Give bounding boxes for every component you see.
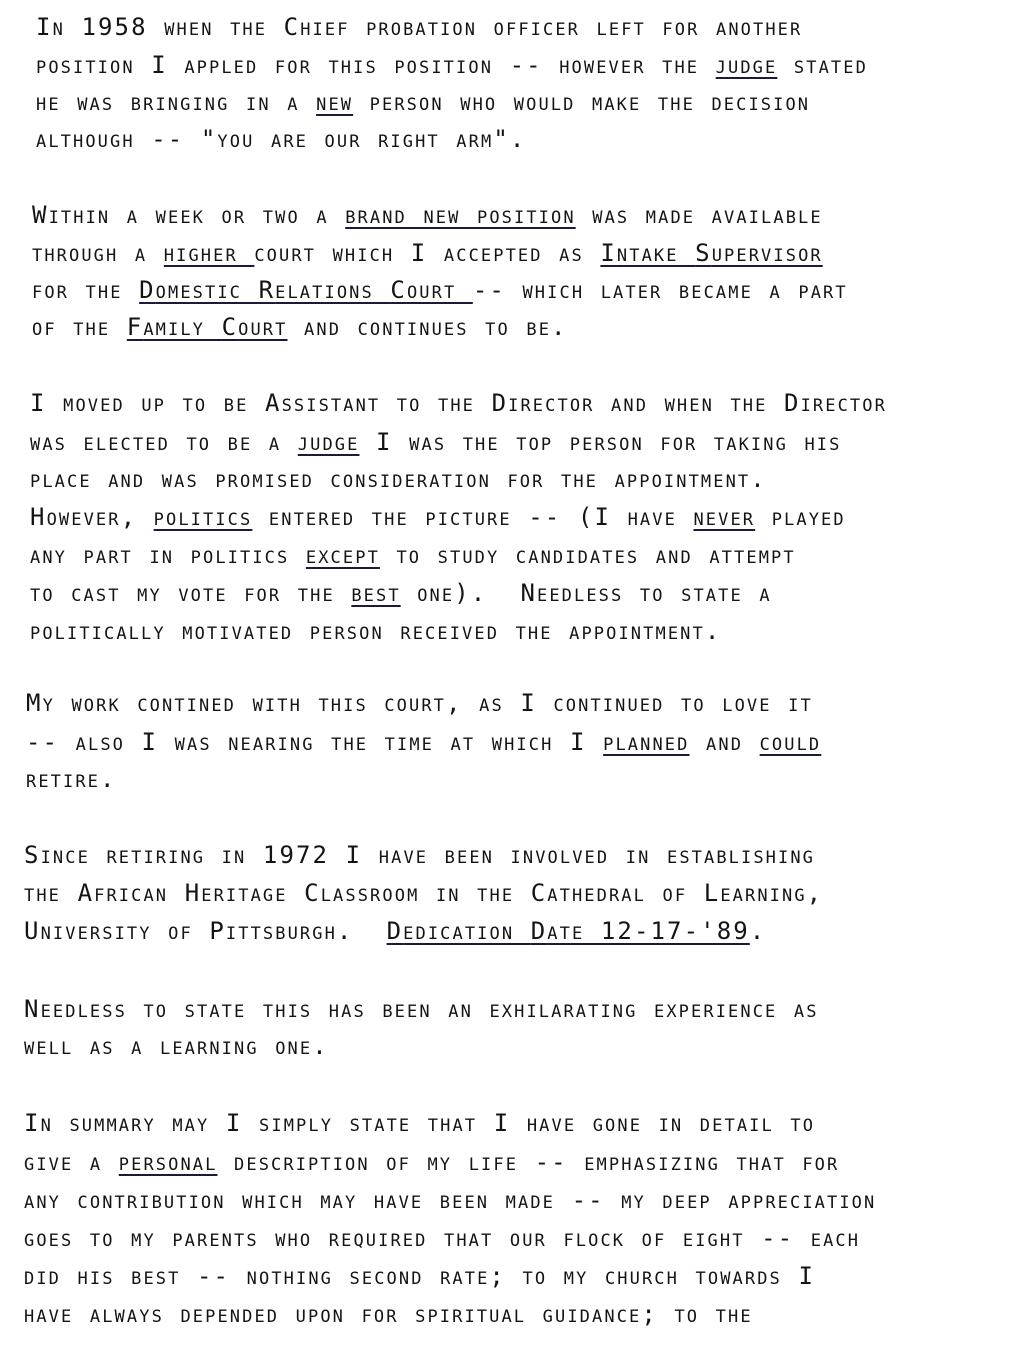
typewritten-page: In 1958 when the Chief probation officer… [0,0,1020,1368]
text-line: he was bringing in a new person who woul… [36,87,810,117]
text-segment: I was the top person for taking his [359,428,841,456]
underlined-phrase: higher [164,239,255,267]
text-segment: goes to my parents who required that our… [24,1224,860,1252]
underlined-phrase: politics [154,503,253,531]
underlined-phrase: judge [716,51,778,79]
text-segment: give a [24,1148,119,1176]
underlined-phrase: Family Court [127,313,288,341]
text-segment: In 1958 when the Chief probation officer… [36,13,802,41]
underlined-phrase: except [306,541,380,569]
text-line: give a personal description of my life -… [24,1147,839,1177]
text-segment: -- also I was nearing the time at which … [26,728,603,756]
text-segment: Since retiring in 1972 I have been invol… [24,841,815,869]
text-segment: he was bringing in a [36,88,316,116]
underlined-phrase: brand new position [345,201,575,229]
underlined-phrase: Dedication Date 12-17-'89 [387,917,750,945]
underlined-phrase: new [316,88,353,116]
text-line: position I appled for this position -- h… [36,50,868,80]
underlined-phrase: could [760,728,822,756]
text-line: goes to my parents who required that our… [24,1223,860,1253]
text-line: In 1958 when the Chief probation officer… [36,12,802,42]
text-line: In summary may I simply state that I hav… [24,1108,815,1138]
underlined-phrase: planned [603,728,689,756]
text-segment: University of Pittsburgh. [24,917,387,945]
text-segment: played [755,503,846,531]
underlined-phrase: never [693,503,755,531]
text-line: -- also I was nearing the time at which … [26,727,821,757]
text-segment: stated [777,51,868,79]
text-segment: I moved up to be Assistant to the Direct… [30,389,887,417]
text-line: the African Heritage Classroom in the Ca… [24,878,823,908]
text-segment: did his best -- nothing second rate; to … [24,1262,815,1290]
text-segment: However, [30,503,154,531]
text-segment: and [689,728,759,756]
text-line: Needless to state this has been an exhil… [24,994,819,1024]
text-segment: retire. [26,765,117,793]
text-line: place and was promised consideration for… [30,464,767,494]
underlined-phrase: personal [119,1148,218,1176]
text-line: Within a week or two a brand new positio… [32,200,823,230]
text-segment: any part in politics [30,541,306,569]
text-line: well as a learning one. [24,1031,329,1061]
text-segment: the African Heritage Classroom in the Ca… [24,879,823,907]
text-line: retire. [26,764,117,794]
underlined-phrase: Intake Supervisor [600,239,822,267]
text-segment: . [750,917,767,945]
underlined-phrase: Domestic Relations Court [139,276,473,304]
text-line: any contribution which may have been mad… [24,1185,876,1215]
text-segment: for the [32,276,139,304]
text-line: I moved up to be Assistant to the Direct… [30,388,887,418]
text-segment: position I appled for this position -- h… [36,51,716,79]
underlined-phrase: best [351,579,400,607]
text-segment: and continues to be. [287,313,567,341]
text-line: have always depended upon for spiritual … [24,1299,753,1329]
underlined-phrase: judge [298,428,360,456]
text-segment: well as a learning one. [24,1032,329,1060]
text-segment: one). Needless to state a [401,579,772,607]
text-segment: was elected to be a [30,428,298,456]
text-line: for the Domestic Relations Court -- whic… [32,275,848,305]
text-line: of the Family Court and continues to be. [32,312,568,342]
text-segment: to study candidates and attempt [380,541,796,569]
text-line: University of Pittsburgh. Dedication Dat… [24,916,766,946]
text-segment: any contribution which may have been mad… [24,1186,876,1214]
text-segment: place and was promised consideration for… [30,465,767,493]
text-segment: politically motivated person received th… [30,617,721,645]
text-line: did his best -- nothing second rate; to … [24,1261,815,1291]
text-segment: through a [32,239,164,267]
text-segment: My work contined with this court, as I c… [26,689,813,717]
text-segment: to cast my vote for the [30,579,351,607]
text-line: Since retiring in 1972 I have been invol… [24,840,815,870]
text-segment: person who would make the decision [353,88,810,116]
text-segment: have always depended upon for spiritual … [24,1300,753,1328]
text-line: although -- "you are our right arm". [36,124,526,154]
text-segment: was made available [576,201,823,229]
text-line: any part in politics except to study can… [30,540,796,570]
text-segment: court which I accepted as [254,239,600,267]
text-segment: description of my life -- emphasizing th… [217,1148,839,1176]
text-segment: -- which later became a part [473,276,848,304]
text-segment: although -- "you are our right arm". [36,125,526,153]
text-line: to cast my vote for the best one). Needl… [30,578,772,608]
text-segment: entered the picture -- (I have [252,503,693,531]
text-line: However, politics entered the picture --… [30,502,846,532]
text-segment: Within a week or two a [32,201,345,229]
text-line: was elected to be a judge I was the top … [30,427,841,457]
text-segment: of the [32,313,127,341]
text-line: through a higher court which I accepted … [32,238,823,268]
text-segment: In summary may I simply state that I hav… [24,1109,815,1137]
text-line: My work contined with this court, as I c… [26,688,813,718]
text-segment: Needless to state this has been an exhil… [24,995,819,1023]
text-line: politically motivated person received th… [30,616,721,646]
